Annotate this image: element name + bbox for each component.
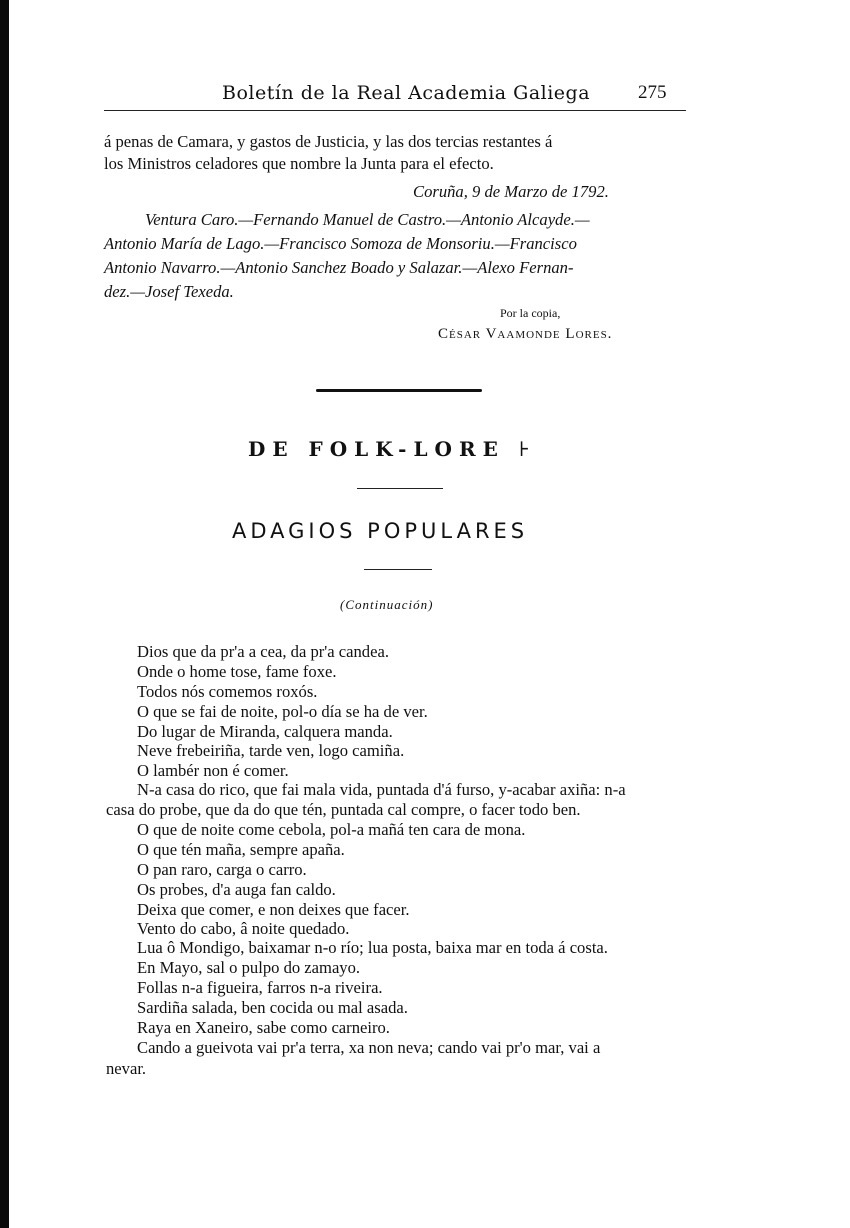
scan-left-edge [0,0,9,1228]
rule-under-article-title [364,569,432,570]
rule-under-section [357,488,443,489]
closing-line-1: á penas de Camara, y gastos de Justicia,… [104,131,552,152]
list-item: O que se fai de noite, pol-o día se ha d… [137,701,428,722]
list-item: Todos nós comemos roxós. [137,681,317,702]
header-rule [104,110,686,112]
list-item: O lambér non é comer. [137,760,289,781]
closing-line-2: los Ministros celadores que nombre la Ju… [104,153,494,174]
article-title: ADAGIOS POPULARES [232,519,528,543]
list-item: En Mayo, sal o pulpo do zamayo. [137,957,360,978]
section-title-mark: ⊦ [519,437,530,461]
list-item: Neve frebeiriña, tarde ven, logo camiña. [137,740,404,761]
list-item: Do lugar de Miranda, calquera manda. [137,721,393,742]
signatories-line-1: Ventura Caro.—Fernando Manuel de Castro.… [145,209,590,230]
list-item: Lua ô Mondigo, baixamar n-o río; lua pos… [137,937,608,958]
section-title: DE FOLK-LORE ⊦ [248,437,530,461]
running-title: Boletín de la Real Academia Galiega [222,82,590,104]
section-title-text: DE FOLK-LORE [248,437,505,461]
signatories-line-2: Antonio María de Lago.—Francisco Somoza … [104,233,577,254]
list-item: Os probes, d'a auga fan caldo. [137,879,336,900]
list-item-continuation: nevar. [106,1058,146,1079]
list-item: O que de noite come cebola, pol-a mañá t… [137,819,525,840]
copy-signer: César Vaamonde Lores. [438,324,612,345]
list-item: Follas n-a figueira, farros n-a riveira. [137,977,383,998]
section-divider [316,389,482,392]
list-item: Cando a gueivota vai pr'a terra, xa non … [137,1037,600,1058]
list-item: Onde o home tose, fame foxe. [137,661,337,682]
signatories-line-4: dez.—Josef Texeda. [104,281,234,302]
list-item: Raya en Xaneiro, sabe como carneiro. [137,1017,390,1038]
list-item-continuation: casa do probe, que da do que tén, puntad… [106,799,581,820]
article-subtitle: (Continuación) [340,597,433,613]
page-header: Boletín de la Real Academia Galiega 275 [104,80,686,108]
signatories-line-3: Antonio Navarro.—Antonio Sanchez Boado y… [104,257,574,278]
list-item: O pan raro, carga o carro. [137,859,307,880]
list-item: N-a casa do rico, que fai mala vida, pun… [137,779,626,800]
list-item: O que tén maña, sempre apaña. [137,839,345,860]
list-item: Sardiña salada, ben cocida ou mal asada. [137,997,408,1018]
list-item: Deixa que comer, e non deixes que facer. [137,899,410,920]
place-date: Coruña, 9 de Marzo de 1792. [413,181,609,202]
list-item: Vento do cabo, â noite quedado. [137,918,349,939]
page-number: 275 [638,82,667,104]
copy-note: Por la copia, [500,303,560,324]
list-item: Dios que da pr'a a cea, da pr'a candea. [137,641,389,662]
